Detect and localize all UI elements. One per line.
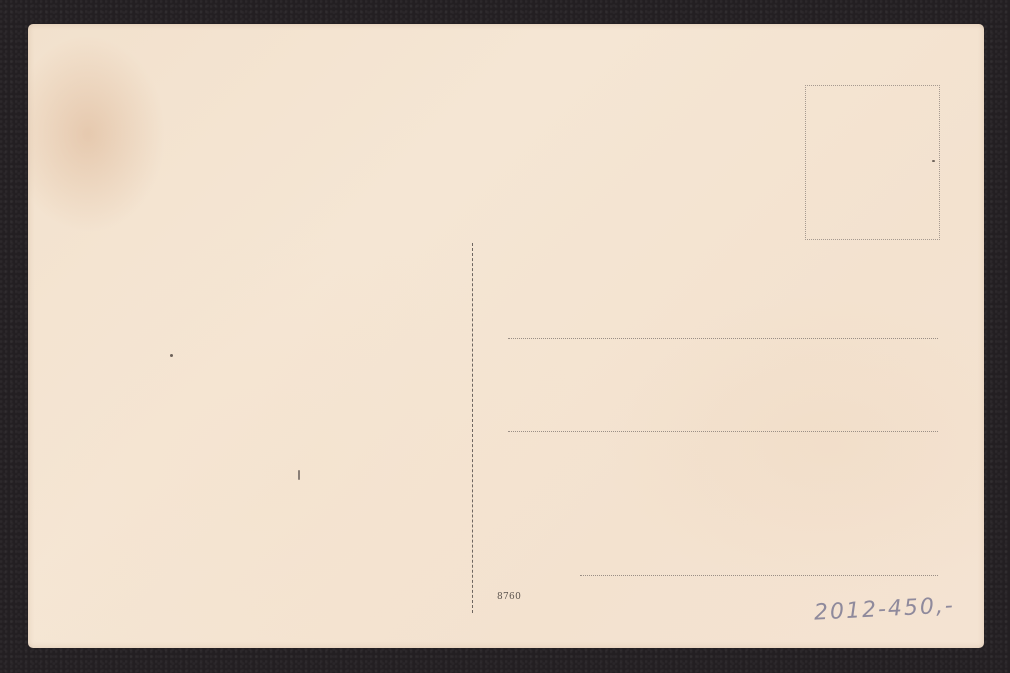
address-line-3 <box>580 575 938 576</box>
postcard-back: 8760 2012-450,- <box>28 24 984 648</box>
address-line-1 <box>508 338 938 339</box>
stamp-box <box>805 85 940 240</box>
center-divider-line <box>472 243 473 613</box>
paper-speck <box>932 160 935 162</box>
paper-speck <box>170 354 173 357</box>
address-line-2 <box>508 431 938 432</box>
paper-speck <box>298 470 300 480</box>
pencil-price-annotation: 2012-450,- <box>813 593 955 625</box>
print-number: 8760 <box>497 592 521 602</box>
